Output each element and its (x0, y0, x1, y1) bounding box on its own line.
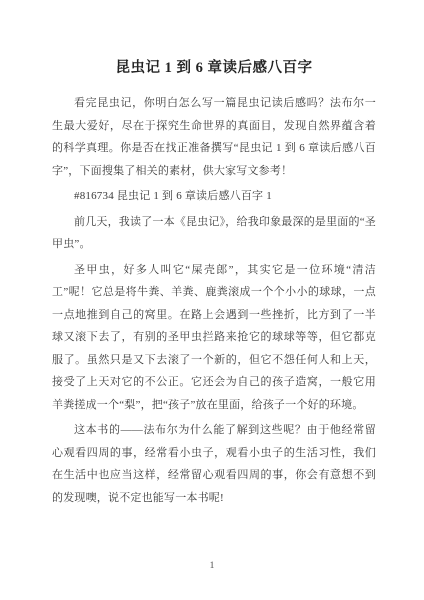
paragraph-reference-id: #816734 昆虫记 1 到 6 章读后感八百字 1 (52, 185, 376, 208)
paragraph-intro: 看完昆虫记，你明白怎么写一篇昆虫记读后感吗？法布尔一生最大爱好，尽在于探究生命世… (52, 92, 376, 182)
page-number: 1 (0, 561, 424, 571)
paragraph-body-2: 圣甲虫，好多人叫它“屎壳郎”，其实它是一位环境“清洁工”呢！它总是将牛粪、羊粪、… (52, 259, 376, 417)
paragraph-body-1: 前几天，我读了一本《昆虫记》，给我印象最深的是里面的“圣甲虫”。 (52, 211, 376, 256)
document-page: 昆虫记 1 到 6 章读后感八百字 看完昆虫记，你明白怎么写一篇昆虫记读后感吗？… (0, 0, 424, 600)
document-title: 昆虫记 1 到 6 章读后感八百字 (52, 57, 376, 79)
paragraph-body-3: 这本书的——法布尔为什么能了解到这些呢？由于他经常留心观看四周的事，经常看小虫子… (52, 419, 376, 509)
